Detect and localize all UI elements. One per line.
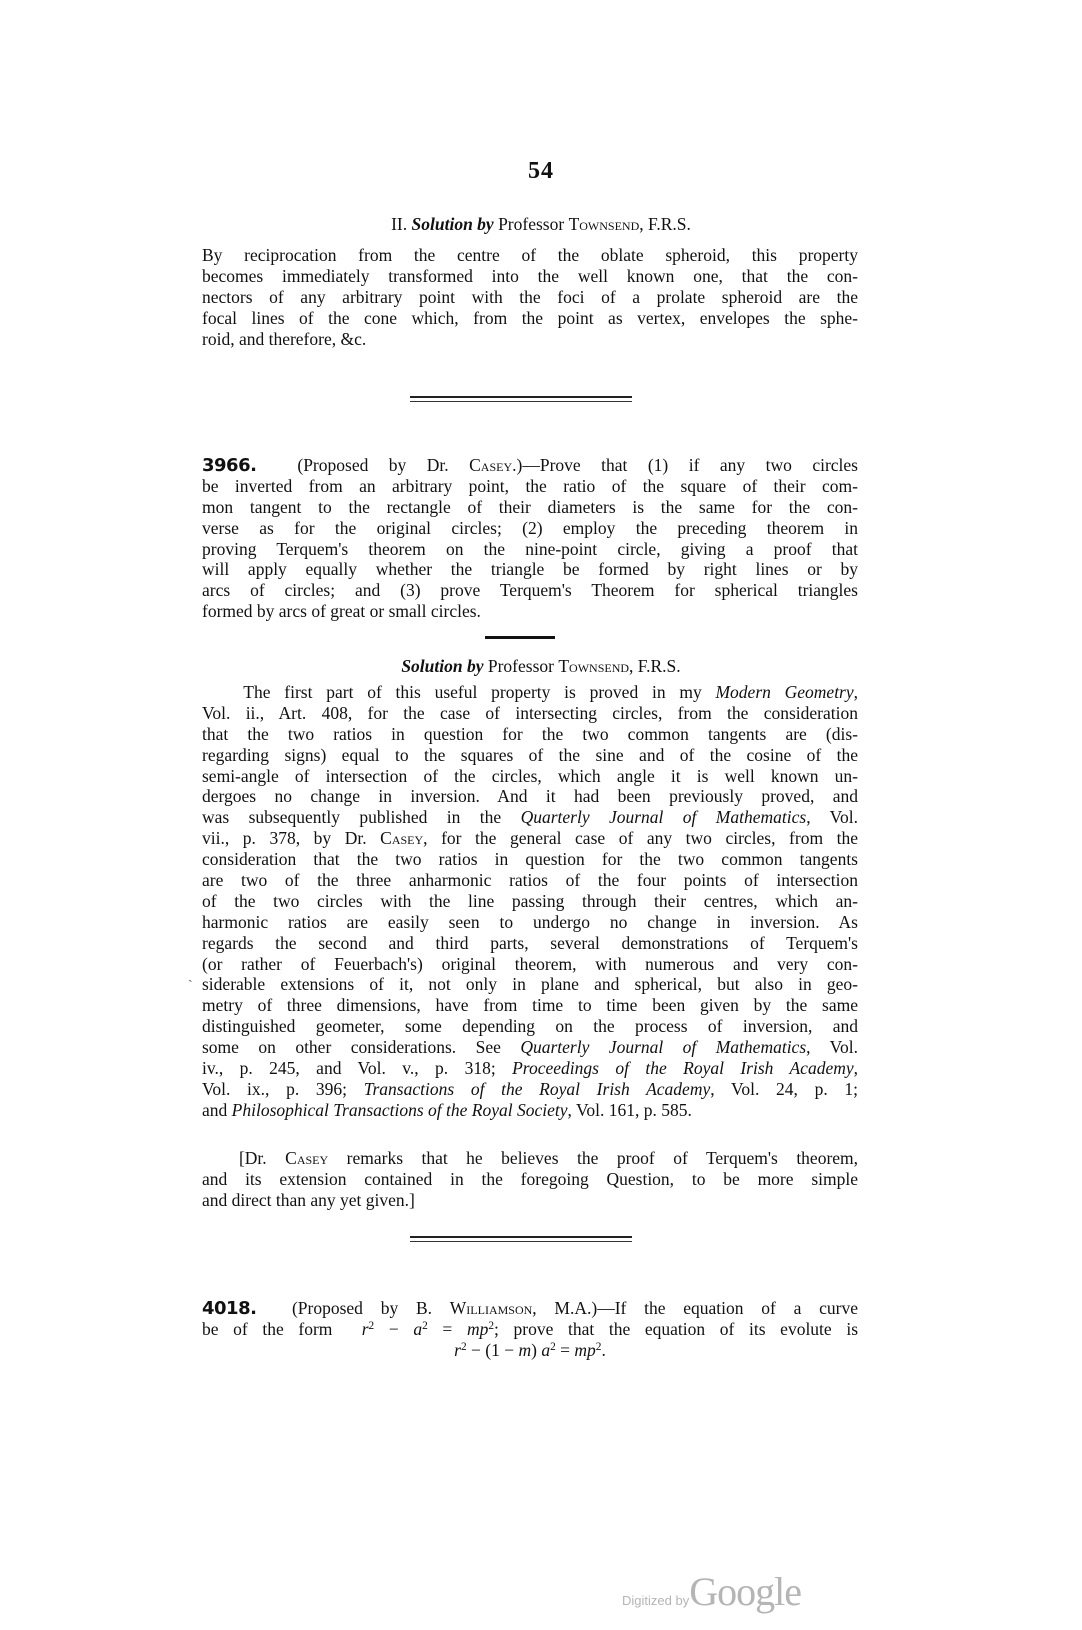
equation-inline: r2 − a2 = mp2 bbox=[362, 1319, 494, 1339]
math-op: − (1 − bbox=[467, 1340, 519, 1360]
text-span: , Vol. 161, p. 585. bbox=[568, 1100, 692, 1120]
text-line: will apply equally whether the triangle … bbox=[202, 559, 858, 580]
scanned-page: 54 II. Solution by Professor Townsend, F… bbox=[0, 0, 1082, 1630]
solution-heading-3966: Solution by Professor Townsend, F.R.S. bbox=[0, 656, 1082, 677]
heading-title: Professor bbox=[488, 656, 554, 676]
heading-suffix: , F.R.S. bbox=[639, 214, 691, 234]
citation-title: Quarterly Journal of Mathematics bbox=[520, 1037, 806, 1057]
page-number: 54 bbox=[0, 158, 1082, 185]
text-line: The first part of this useful property i… bbox=[202, 682, 858, 703]
question-text: .)—Prove that (1) if any two circles bbox=[512, 455, 858, 475]
proposer-prefix: (Proposed by B. bbox=[292, 1298, 432, 1318]
math-var: mp bbox=[574, 1340, 595, 1360]
math-op: ) bbox=[531, 1340, 541, 1360]
text-line: and direct than any yet given.] bbox=[202, 1190, 858, 1211]
watermark-prefix: Digitized by bbox=[622, 1593, 689, 1608]
question-text: , M.A.)—If the equation of a curve bbox=[532, 1298, 858, 1318]
text-line: becomes immediately transformed into the… bbox=[202, 266, 858, 287]
section1-paragraph: By reciprocation from the centre of the … bbox=[202, 245, 858, 349]
author-name: Casey bbox=[380, 828, 423, 848]
text-span: , bbox=[854, 1058, 858, 1078]
editor-remark: [Dr. Casey remarks that he believes the … bbox=[202, 1148, 858, 1211]
heading-italic: Solution by bbox=[412, 214, 494, 234]
text-line: that the two ratios in question for the … bbox=[202, 724, 858, 745]
heading-title: Professor bbox=[498, 214, 564, 234]
text-span: Vol. ix., p. 396; bbox=[202, 1079, 347, 1099]
text-span: , Vol. bbox=[806, 1037, 858, 1057]
math-var: r bbox=[454, 1340, 461, 1360]
text-line: focal lines of the cone which, from the … bbox=[202, 308, 858, 329]
text-line: verse as for the original circles; (2) e… bbox=[202, 518, 858, 539]
section-heading-townsend-ii: II. Solution by Professor Townsend, F.R.… bbox=[0, 214, 1082, 235]
text-span: was subsequently published in the bbox=[202, 807, 501, 827]
math-op: = bbox=[556, 1340, 575, 1360]
text-line: some on other considerations. See Quarte… bbox=[202, 1037, 858, 1058]
text-line: metry of three dimensions, have from tim… bbox=[202, 995, 858, 1016]
text-line: regarding signs) equal to the squares of… bbox=[202, 745, 858, 766]
heading-author: Townsend bbox=[558, 656, 629, 676]
text-line: harmonic ratios are easily seen to under… bbox=[202, 912, 858, 933]
heading-roman-numeral: II. bbox=[391, 214, 407, 234]
text-span: be of the form bbox=[202, 1319, 332, 1339]
text-line: distinguished geometer, some depending o… bbox=[202, 1016, 858, 1037]
text-line: be of the form r2 − a2 = mp2; prove that… bbox=[202, 1319, 858, 1340]
google-logo-text: Google bbox=[689, 1569, 801, 1614]
question-number: 3966. bbox=[202, 455, 256, 476]
text-line: roid, and therefore, &c. bbox=[202, 329, 858, 350]
math-var: r bbox=[362, 1319, 369, 1339]
text-span: , Vol. bbox=[806, 807, 858, 827]
text-line: By reciprocation from the centre of the … bbox=[202, 245, 858, 266]
text-line: mon tangent to the rectangle of their di… bbox=[202, 497, 858, 518]
question-3966: 3966. (Proposed by Dr. Casey.)—Prove tha… bbox=[202, 455, 858, 622]
text-span: some on other considerations. See bbox=[202, 1037, 501, 1057]
math-op: . bbox=[601, 1340, 605, 1360]
citation-title: Transactions of the Royal Irish Academy bbox=[364, 1079, 711, 1099]
text-line: regards the second and third parts, seve… bbox=[202, 933, 858, 954]
text-line: are two of the three anharmonic ratios o… bbox=[202, 870, 858, 891]
citation-title: Quarterly Journal of Mathematics bbox=[521, 807, 807, 827]
math-var: a bbox=[541, 1340, 550, 1360]
math-op: = bbox=[428, 1319, 467, 1339]
text-line: proving Terquem's theorem on the nine-po… bbox=[202, 539, 858, 560]
text-span: , for the general case of any two circle… bbox=[423, 828, 858, 848]
text-line: and its extension contained in the foreg… bbox=[202, 1169, 858, 1190]
text-span: [Dr. bbox=[239, 1148, 267, 1168]
text-line: Vol. ix., p. 396; Transactions of the Ro… bbox=[202, 1079, 858, 1100]
solution-separator bbox=[485, 636, 555, 639]
text-span: ; prove that the equation of its evolute… bbox=[494, 1319, 858, 1339]
heading-italic: Solution by bbox=[401, 656, 483, 676]
text-span: , bbox=[854, 682, 858, 702]
proposer-name: Williamson bbox=[450, 1298, 533, 1318]
heading-suffix: , F.R.S. bbox=[629, 656, 681, 676]
text-line: and Philosophical Transactions of the Ro… bbox=[202, 1100, 858, 1121]
citation-title: Proceedings of the Royal Irish Academy bbox=[512, 1058, 854, 1078]
question-number: 4018. bbox=[202, 1298, 256, 1319]
citation-title: Modern Geometry bbox=[715, 682, 853, 702]
author-name: Casey bbox=[285, 1148, 328, 1168]
text-line: dergoes no change in inversion. And it h… bbox=[202, 786, 858, 807]
math-var: mp bbox=[467, 1319, 488, 1339]
text-line: was subsequently published in the Quarte… bbox=[202, 807, 858, 828]
question-4018: 4018. (Proposed by B. Williamson, M.A.)—… bbox=[202, 1298, 858, 1361]
math-var: m bbox=[518, 1340, 531, 1360]
digitized-by-google-watermark: Digitized byGoogle bbox=[622, 1568, 801, 1615]
text-line: vii., p. 378, by Dr. Casey, for the gene… bbox=[202, 828, 858, 849]
text-line: [Dr. Casey remarks that he believes the … bbox=[202, 1148, 858, 1169]
citation-title: Philosophical Transactions of the Royal … bbox=[232, 1100, 568, 1120]
text-line: consideration that the two ratios in que… bbox=[202, 849, 858, 870]
text-line: semi-angle of intersection of the circle… bbox=[202, 766, 858, 787]
text-span: , Vol. 24, p. 1; bbox=[710, 1079, 858, 1099]
heading-author: Townsend bbox=[569, 214, 640, 234]
text-line: iv., p. 245, and Vol. v., p. 318; Procee… bbox=[202, 1058, 858, 1079]
section-divider bbox=[410, 1236, 632, 1242]
text-span: and bbox=[202, 1100, 227, 1120]
text-line: be inverted from an arbitrary point, the… bbox=[202, 476, 858, 497]
text-line: formed by arcs of great or small circles… bbox=[202, 601, 858, 622]
proposer-name: Casey bbox=[469, 455, 512, 475]
text-line: nectors of any arbitrary point with the … bbox=[202, 287, 858, 308]
text-line: arcs of circles; and (3) prove Terquem's… bbox=[202, 580, 858, 601]
text-span: iv., p. 245, and Vol. v., p. 318; bbox=[202, 1058, 496, 1078]
solution-3966-paragraph: The first part of this useful property i… bbox=[202, 682, 858, 1121]
text-span: remarks that he believes the proof of Te… bbox=[347, 1148, 858, 1168]
text-line: siderable extensions of it, not only in … bbox=[202, 974, 858, 995]
math-op: − bbox=[374, 1319, 413, 1339]
equation-display: r2 − (1 − m) a2 = mp2. bbox=[202, 1340, 858, 1361]
text-span: The first part of this useful property i… bbox=[243, 682, 701, 702]
text-line: of the two circles with the line passing… bbox=[202, 891, 858, 912]
scan-mark: ˏ bbox=[188, 968, 193, 984]
math-var: a bbox=[413, 1319, 422, 1339]
text-line: (or rather of Feuerbach's) original theo… bbox=[202, 954, 858, 975]
proposer-prefix: (Proposed by Dr. bbox=[297, 455, 448, 475]
question-first-line: 3966. (Proposed by Dr. Casey.)—Prove tha… bbox=[202, 455, 858, 476]
text-span: vii., p. 378, by Dr. bbox=[202, 828, 367, 848]
text-line: Vol. ii., Art. 408, for the case of inte… bbox=[202, 703, 858, 724]
question-first-line: 4018. (Proposed by B. Williamson, M.A.)—… bbox=[202, 1298, 858, 1319]
section-divider bbox=[410, 396, 632, 402]
